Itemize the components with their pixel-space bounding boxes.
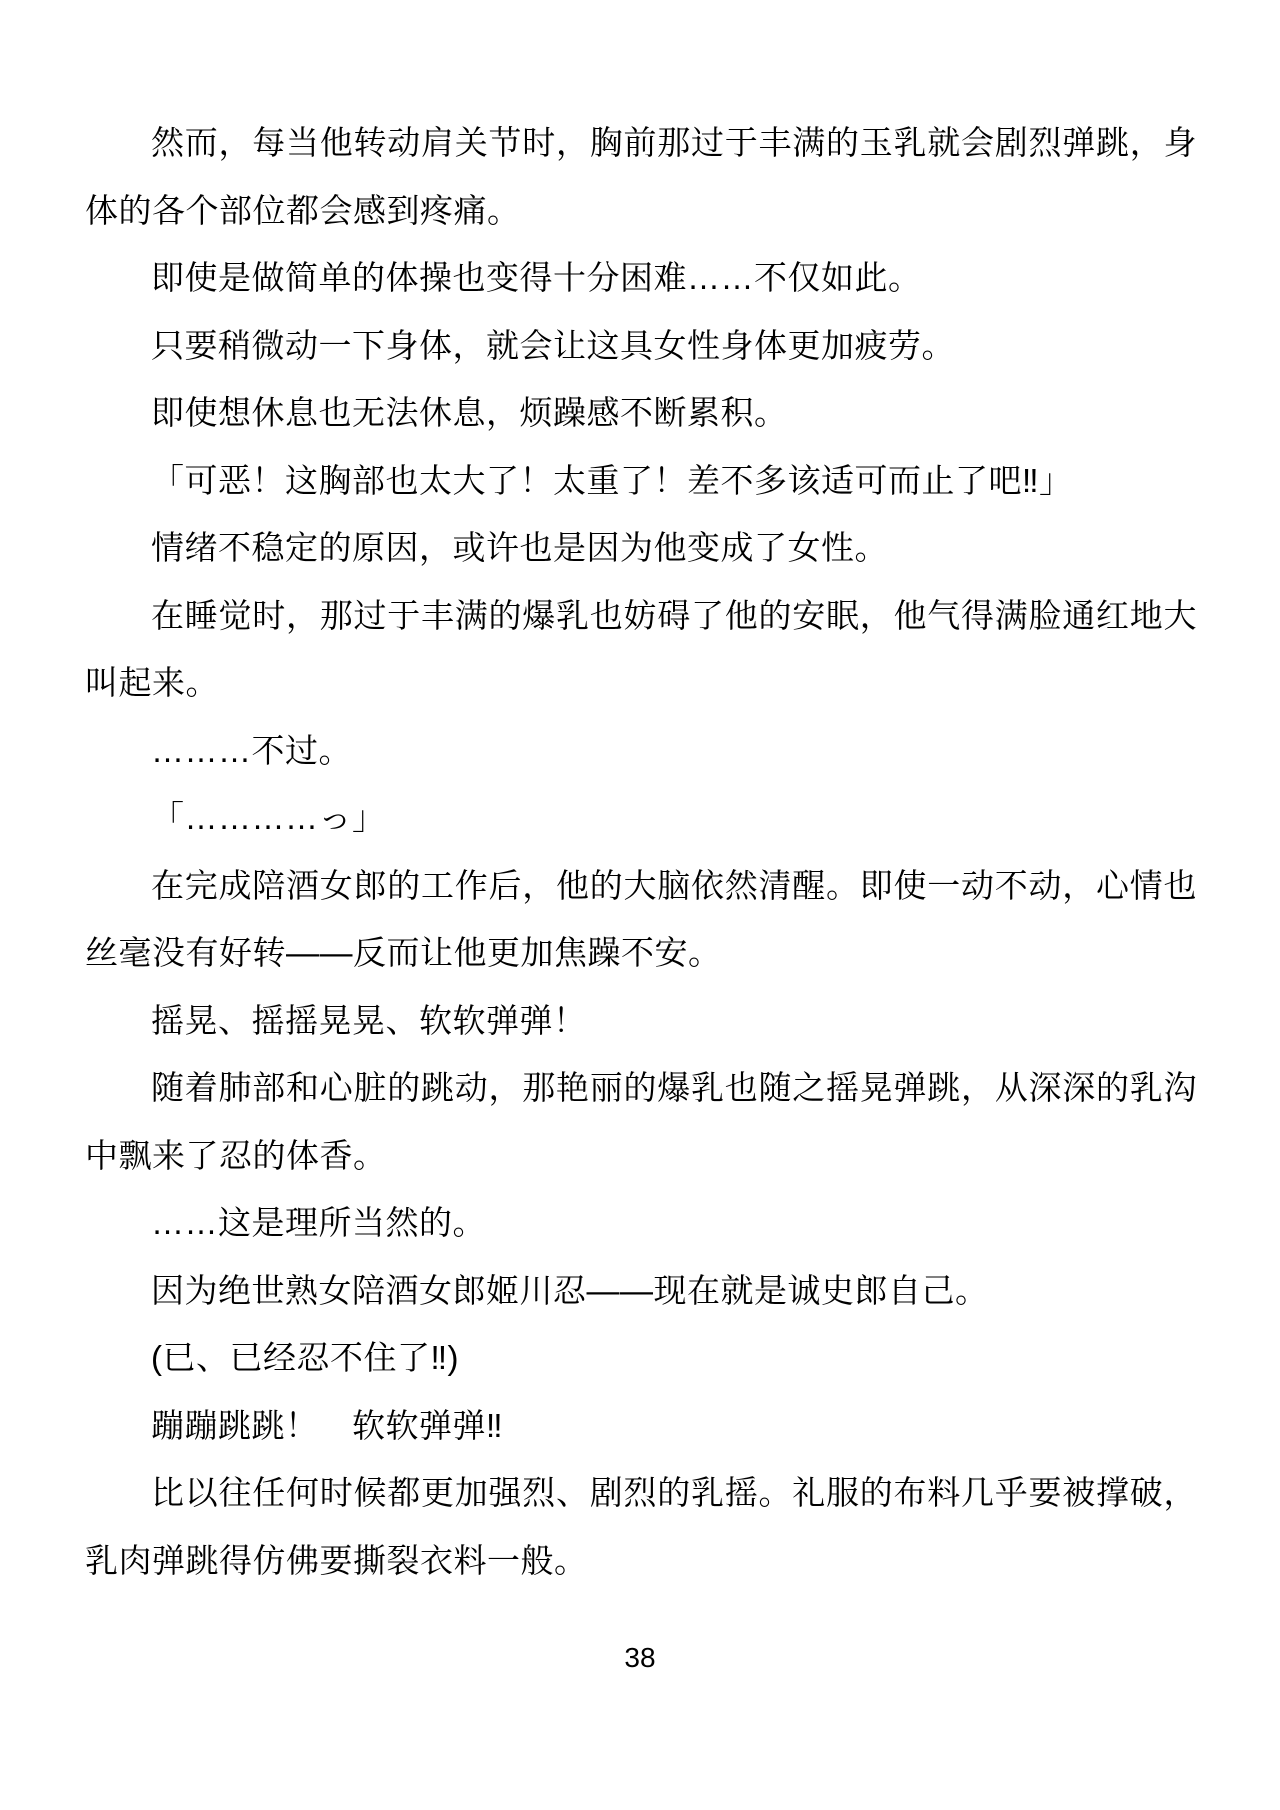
paragraph: 即使想休息也无法休息，烦躁感不断累积。 — [85, 379, 1197, 447]
paragraph: ……这是理所当然的。 — [85, 1189, 1197, 1257]
paragraph: 然而，每当他转动肩关节时，胸前那过于丰满的玉乳就会剧烈弹跳，身体的各个部位都会感… — [85, 109, 1197, 244]
paragraph: 随着肺部和心脏的跳动，那艳丽的爆乳也随之摇晃弹跳，从深深的乳沟中飘来了忍的体香。 — [85, 1054, 1197, 1189]
paragraph: 摇晃、摇摇晃晃、软软弹弹！ — [85, 987, 1197, 1055]
paragraph-dialogue: 「…………っ」 — [85, 784, 1197, 852]
paragraph: 蹦蹦跳跳！ 软软弹弹‼ — [85, 1392, 1197, 1460]
text-body: 然而，每当他转动肩关节时，胸前那过于丰满的玉乳就会剧烈弹跳，身体的各个部位都会感… — [85, 109, 1197, 1594]
paragraph: 在完成陪酒女郎的工作后，他的大脑依然清醒。即使一动不动，心情也丝毫没有好转——反… — [85, 852, 1197, 987]
paragraph: ………不过。 — [85, 717, 1197, 785]
paragraph: 在睡觉时，那过于丰满的爆乳也妨碍了他的安眠，他气得满脸通红地大叫起来。 — [85, 582, 1197, 717]
page-number: 38 — [0, 1638, 1280, 1678]
paragraph: 只要稍微动一下身体，就会让这具女性身体更加疲劳。 — [85, 312, 1197, 380]
paragraph-thought: (已、已经忍不住了‼) — [85, 1324, 1197, 1392]
paragraph-dialogue: 「可恶！这胸部也太大了！太重了！差不多该适可而止了吧‼」 — [85, 447, 1197, 515]
paragraph: 因为绝世熟女陪酒女郎姬川忍——现在就是诚史郎自己。 — [85, 1257, 1197, 1325]
document-page: 然而，每当他转动肩关节时，胸前那过于丰满的玉乳就会剧烈弹跳，身体的各个部位都会感… — [0, 0, 1280, 1810]
paragraph: 即使是做简单的体操也变得十分困难……不仅如此。 — [85, 244, 1197, 312]
paragraph: 比以往任何时候都更加强烈、剧烈的乳摇。礼服的布料几乎要被撑破，乳肉弹跳得仿佛要撕… — [85, 1459, 1197, 1594]
paragraph: 情绪不稳定的原因，或许也是因为他变成了女性。 — [85, 514, 1197, 582]
